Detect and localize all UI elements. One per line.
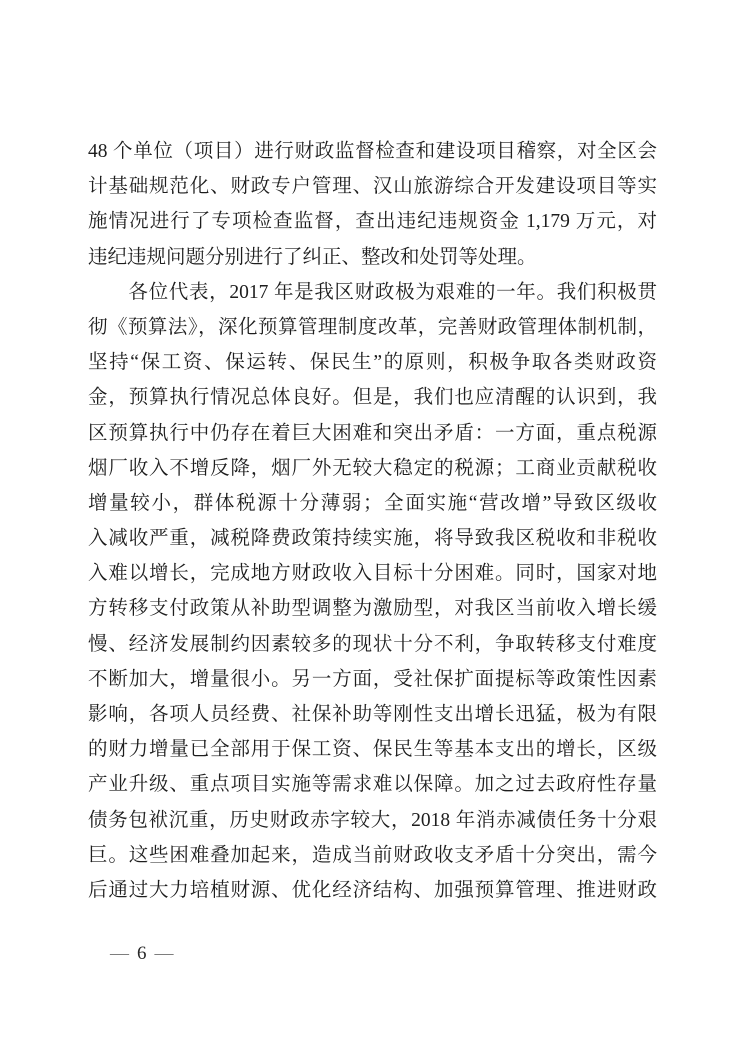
text-line: 坚持“保工资、保运转、保民生”的原则，积极争取各类财政资: [88, 345, 657, 380]
text-line: 彻《预算法》，深化预算管理制度改革，完善财政管理体制机制，: [88, 310, 657, 345]
text-line: 影响，各项人员经费、社保补助等刚性支出增长迅猛，极为有限: [88, 697, 657, 732]
text-line: 各位代表，2017 年是我区财政极为艰难的一年。我们积极贯: [88, 275, 657, 310]
footer-dash-right: —: [155, 943, 174, 964]
text-line: 后通过大力培植财源、优化经济结构、加强预算管理、推进财政: [88, 873, 657, 908]
text-line: 计基础规范化、财政专户管理、汉山旅游综合开发建设项目等实: [88, 169, 657, 204]
text-line: 入减收严重，减税降费政策持续实施，将导致我区税收和非税收: [88, 521, 657, 556]
page-number: 6: [137, 943, 147, 964]
text-line: 违纪违规问题分别进行了纠正、整改和处罚等处理。: [88, 240, 657, 275]
text-line: 入难以增长，完成地方财政收入目标十分困难。同时，国家对地: [88, 556, 657, 591]
text-line: 方转移支付政策从补助型调整为激励型，对我区当前收入增长缓: [88, 591, 657, 626]
text-line: 施情况进行了专项检查监督，查出违纪违规资金 1,179 万元，对: [88, 204, 657, 239]
text-line: 48 个单位（项目）进行财政监督检查和建设项目稽察，对全区会: [88, 134, 657, 169]
text-line: 增量较小，群体税源十分薄弱；全面实施“营改增”导致区级收: [88, 486, 657, 521]
text-line: 区预算执行中仍存在着巨大困难和突出矛盾：一方面，重点税源: [88, 416, 657, 451]
text-line: 慢、经济发展制约因素较多的现状十分不利，争取转移支付难度: [88, 627, 657, 662]
text-line: 烟厂收入不增反降，烟厂外无较大稳定的税源；工商业贡献税收: [88, 451, 657, 486]
text-line: 债务包袱沉重，历史财政赤字较大，2018 年消赤减债任务十分艰: [88, 803, 657, 838]
footer-dash-left: —: [110, 943, 129, 964]
paragraph: 48 个单位（项目）进行财政监督检查和建设项目稽察，对全区会计基础规范化、财政专…: [88, 134, 657, 275]
text-line: 的财力增量已全部用于保工资、保民生等基本支出的增长，区级: [88, 732, 657, 767]
paragraph: 各位代表，2017 年是我区财政极为艰难的一年。我们积极贯彻《预算法》，深化预算…: [88, 275, 657, 908]
text-line: 产业升级、重点项目实施等需求难以保障。加之过去政府性存量: [88, 767, 657, 802]
text-line: 不断加大，增量很小。另一方面，受社保扩面提标等政策性因素: [88, 662, 657, 697]
body-text: 48 个单位（项目）进行财政监督检查和建设项目稽察，对全区会计基础规范化、财政专…: [88, 134, 657, 908]
page-footer: —6—: [110, 942, 174, 966]
document-page: 48 个单位（项目）进行财政监督检查和建设项目稽察，对全区会计基础规范化、财政专…: [0, 0, 743, 1052]
text-line: 金，预算执行情况总体良好。但是，我们也应清醒的认识到，我: [88, 380, 657, 415]
text-line: 巨。这些困难叠加起来，造成当前财政收支矛盾十分突出，需今: [88, 838, 657, 873]
